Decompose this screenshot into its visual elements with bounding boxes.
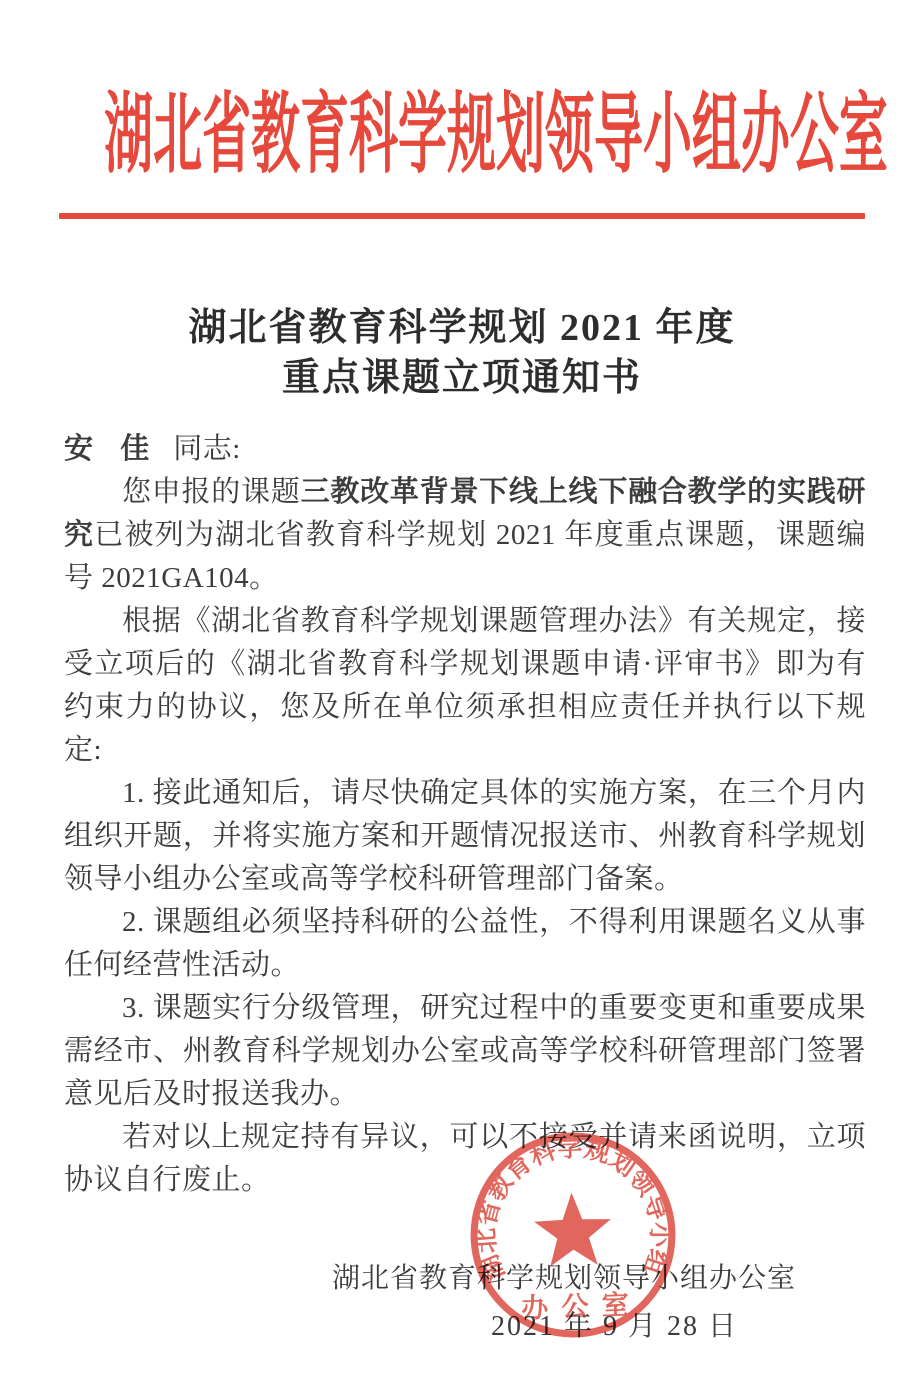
recipient-name: 安 佳	[64, 433, 159, 465]
paragraph-project-tail: 已被列为湖北省教育科学规划 2021 年度重点课题，课题编号 2021GA104…	[64, 519, 866, 594]
document-body: 安 佳同志: 您申报的课题三教改革背景下线上线下融合教学的实践研究已被列为湖北省…	[64, 428, 866, 1202]
paragraph-closing: 若对以上规定持有异议，可以不接受并请来函说明，立项协议自行废止。	[64, 1116, 866, 1202]
document-page: 湖北省教育科学规划领导小组办公室 湖北省教育科学规划 2021 年度重点课题立项…	[0, 0, 924, 1395]
seal-star-icon	[533, 1191, 612, 1267]
letterhead-row: 湖北省教育科学规划领导小组办公室	[0, 0, 924, 154]
paragraph-rule-3: 3. 课题实行分级管理，研究过程中的重要变更和重要成果需经市、州教育科学规划办公…	[64, 987, 866, 1116]
paragraph-project-lead-in: 您申报的课题	[122, 476, 301, 508]
letterhead: 湖北省教育科学规划领导小组办公室	[0, 0, 924, 219]
paragraph-project-approval: 您申报的课题三教改革背景下线上线下融合教学的实践研究已被列为湖北省教育科学规划 …	[64, 471, 866, 600]
paragraph-rule-2: 2. 课题组必须坚持科研的公益性，不得利用课题名义从事任何经营性活动。	[64, 901, 866, 987]
document-title-line1: 湖北省教育科学规划 2021 年度	[0, 303, 924, 353]
salutation: 安 佳同志:	[64, 428, 866, 471]
signature-organization: 湖北省教育科学规划领导小组办公室	[0, 1257, 924, 1301]
signature-date: 2021 年 9 月 28 日	[0, 1305, 924, 1349]
letterhead-divider	[59, 213, 865, 219]
document-title: 湖北省教育科学规划 2021 年度重点课题立项通知书	[0, 303, 924, 403]
document-title-line2: 重点课题立项通知书	[0, 353, 924, 403]
paragraph-rule-1: 1. 接此通知后，请尽快确定具体的实施方案，在三个月内组织开题，并将实施方案和开…	[64, 772, 866, 901]
salutation-suffix: 同志:	[173, 433, 241, 465]
letterhead-title: 湖北省教育科学规划领导小组办公室	[104, 92, 888, 180]
signature-block: 湖北省教育科学规划领导小组办公室 2021 年 9 月 28 日	[0, 1257, 924, 1349]
paragraph-regulations-intro: 根据《湖北省教育科学规划课题管理办法》有关规定，接受立项后的《湖北省教育科学规划…	[64, 600, 866, 772]
